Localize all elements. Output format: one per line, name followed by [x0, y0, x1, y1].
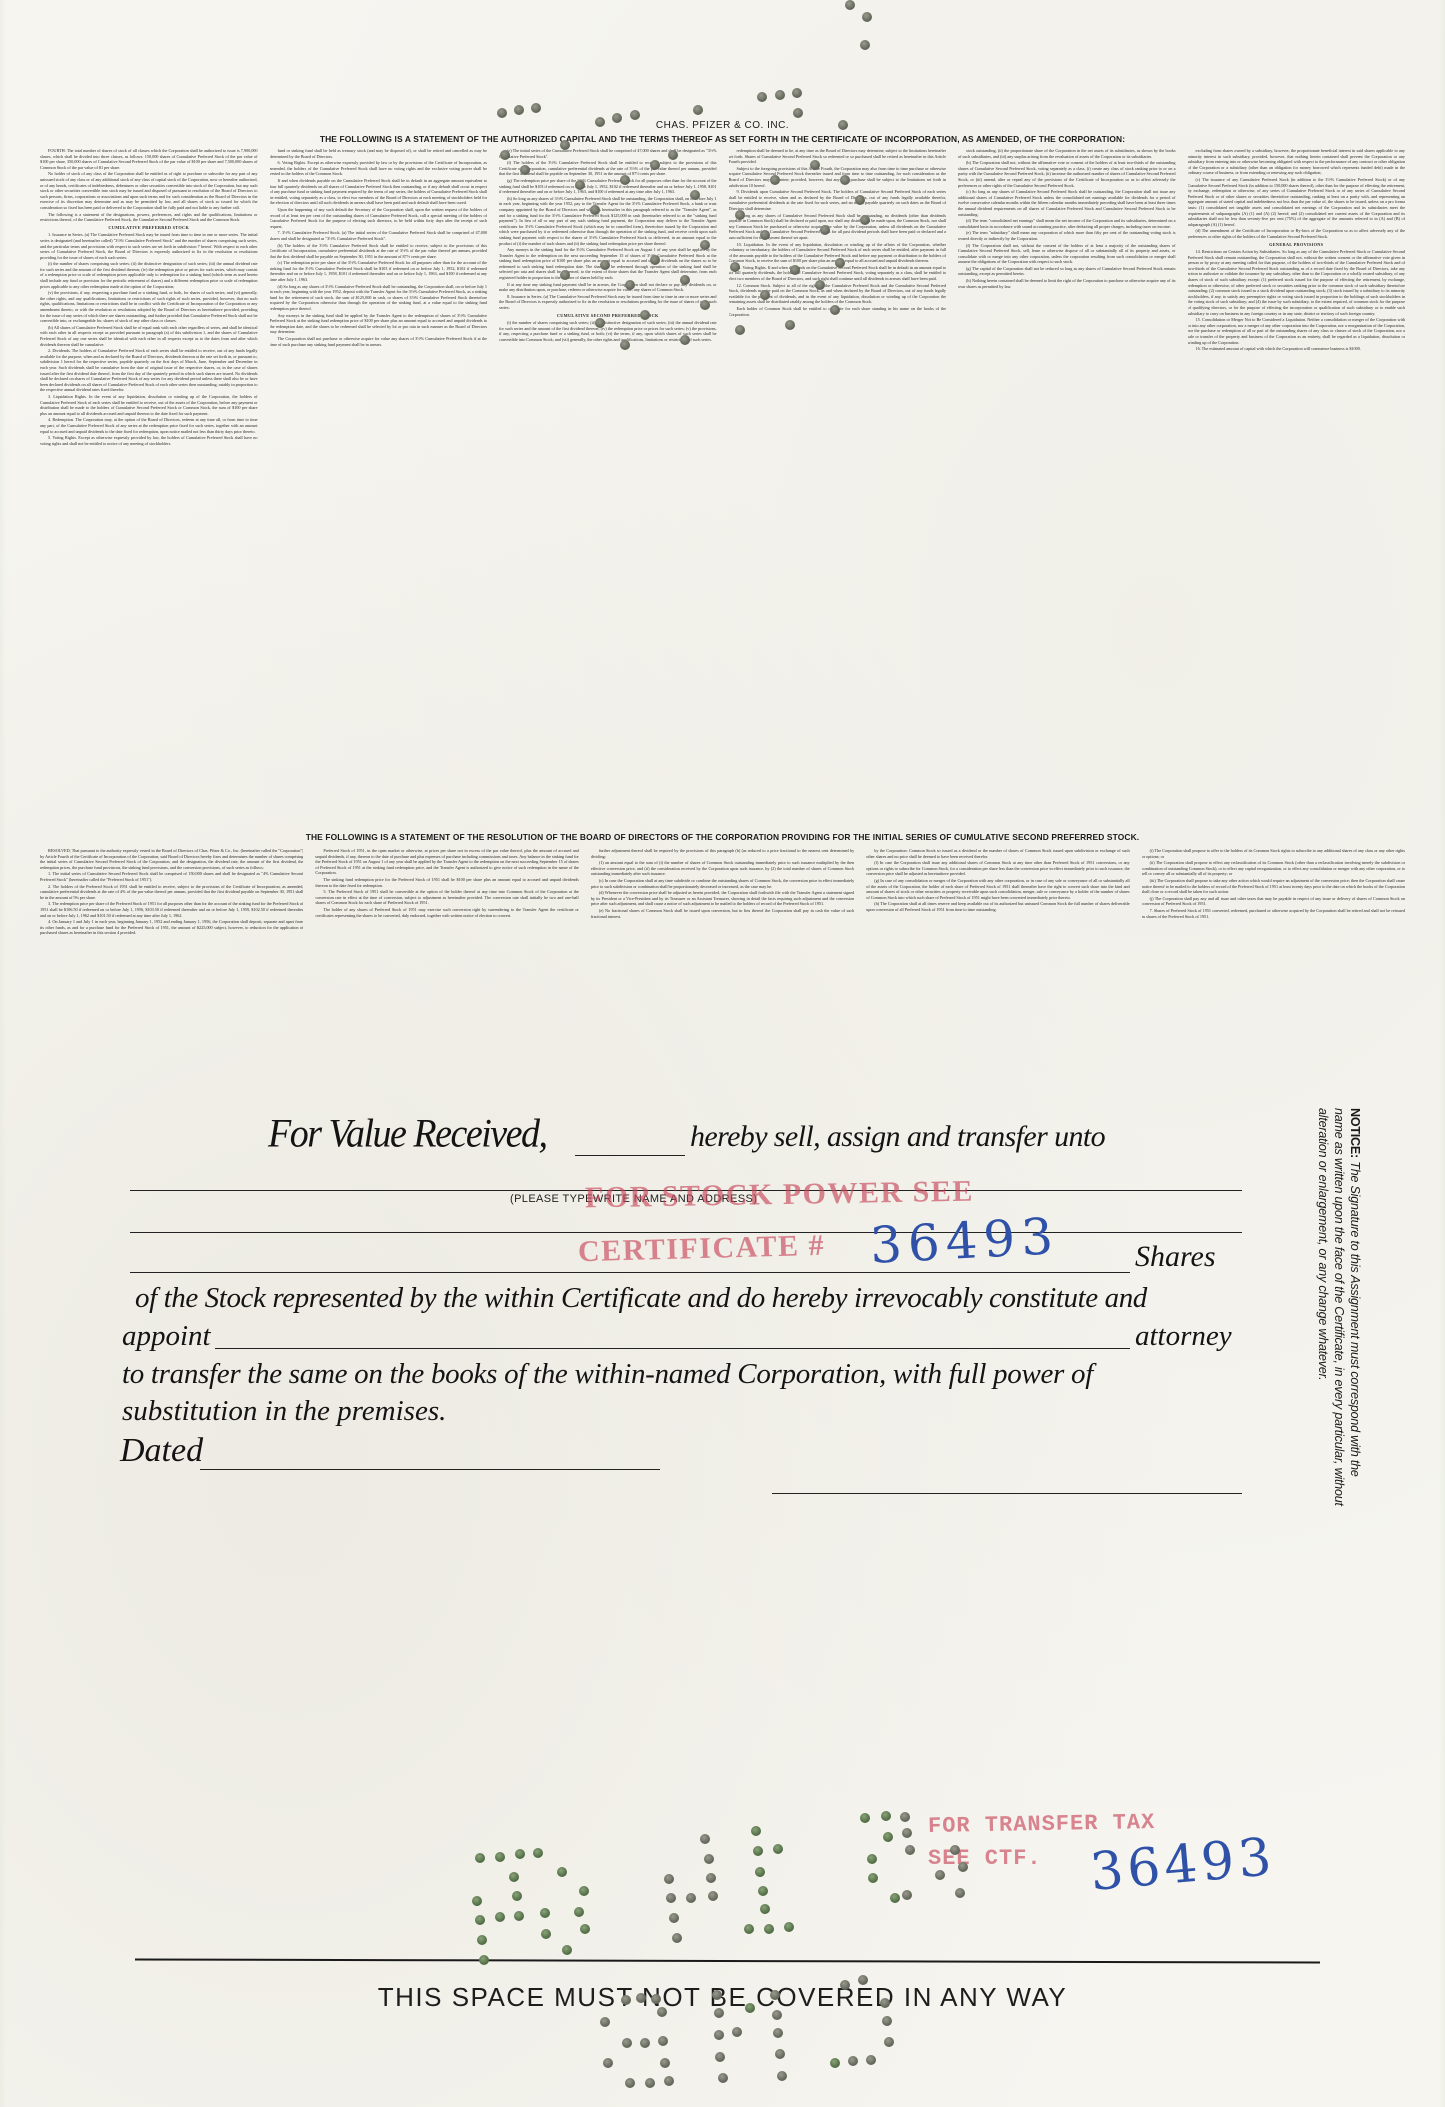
- paragraph: (b) The Corporation shall not, without t…: [958, 160, 1176, 188]
- paragraph: (b) The holders of the 3½% Cumulative Pr…: [270, 243, 488, 260]
- paragraph: (f) In case the Corporation shall issue …: [866, 860, 1129, 877]
- signature-notice: NOTICE: The Signature to this Assignment…: [1253, 1108, 1363, 1508]
- paragraph: 2. The holders of the Preferred Stock of…: [40, 884, 303, 901]
- capital-column-1: FOURTH: The total number of shares of st…: [40, 148, 258, 823]
- resolution-statement-heading: THE FOLLOWING IS A STATEMENT OF THE RESO…: [40, 832, 1405, 842]
- sub-heading: CUMULATIVE SECOND PREFERRED STOCK: [499, 313, 717, 319]
- paragraph: 9. Dividends upon Cumulative Second Pref…: [729, 189, 947, 211]
- paragraph: 16. The estimated amount of capital with…: [1188, 346, 1406, 352]
- paragraph: 3. The redemption price per share of the…: [40, 901, 303, 918]
- hereby-sell-label: hereby sell, assign and transfer unto: [690, 1120, 1105, 1154]
- paragraph: 1. The initial series of Cumulative Seco…: [40, 871, 303, 882]
- paragraph: No holder of stock of any class of the C…: [40, 171, 258, 210]
- bottom-rule: [135, 1958, 1320, 1963]
- paragraph: fund or sinking fund shall be held as tr…: [270, 148, 488, 159]
- paragraph: 4. On January 1 and July 1 in each year,…: [40, 919, 303, 936]
- paragraph: (v) the provisions, if any, respecting a…: [40, 290, 258, 324]
- paragraph: The following is a statement of the desi…: [40, 212, 258, 223]
- capital-column-2: fund or sinking fund shall be held as tr…: [270, 148, 488, 823]
- paragraph: 3. Liquidation Rights. In the event of a…: [40, 394, 258, 416]
- dated-label: Dated: [120, 1432, 203, 1470]
- capital-statement-columns: FOURTH: The total number of shares of st…: [40, 148, 1405, 823]
- paragraph: (j) The Corporation shall pay any and al…: [1142, 896, 1405, 907]
- paragraph: RESOLVED, That pursuant to the authority…: [40, 848, 303, 870]
- signature-line[interactable]: [772, 1493, 1242, 1494]
- paragraph: 7. 3½% Cumulative Preferred Stock. (a) T…: [270, 230, 488, 241]
- paragraph: redemption shall be deemed to be, at any…: [729, 148, 947, 165]
- paragraph: by the Corporation: Common Stock so issu…: [866, 848, 1129, 859]
- paragraph: Preferred Stock of 1951, in the open mar…: [315, 848, 578, 876]
- paragraph: Any moneys in the sinking fund shall be …: [270, 313, 488, 335]
- to-transfer-text: to transfer the same on the books of the…: [122, 1358, 1093, 1391]
- shares-label: Shares: [1135, 1240, 1216, 1274]
- capital-column-4: redemption shall be deemed to be, at any…: [729, 148, 947, 823]
- paragraph: The Corporation shall not purchase or ot…: [270, 336, 488, 347]
- resolution-column-4: by the Corporation: Common Stock so issu…: [866, 848, 1129, 1073]
- substitution-text: substitution in the premises.: [122, 1395, 446, 1428]
- paragraph: (iii) The Corporation shall propose to t…: [1142, 878, 1405, 895]
- paragraph: (c) In case the Corporation shall at any…: [591, 878, 854, 889]
- stock-represented-text: of the Stock represented by the within C…: [135, 1282, 1147, 1315]
- paragraph: Subject to the foregoing provisions of t…: [729, 166, 947, 188]
- paragraph: (ii) The Corporation shall propose to ef…: [1142, 860, 1405, 877]
- paragraph: 1. Issuance in Series. (a) The Cumulativ…: [40, 232, 258, 260]
- paragraph: FOURTH: The total number of shares of st…: [40, 148, 258, 170]
- capital-column-3: (e) The initial series of the Cumulative…: [499, 148, 717, 823]
- paragraph: (d) So long as any shares of 3½% Cumulat…: [270, 284, 488, 312]
- handwritten-tax-ctf-number: 36493: [1088, 1827, 1278, 1903]
- paragraph: (c) So long as any shares of Cumulative …: [958, 189, 1176, 217]
- capital-column-5: stock outstanding, (ii) the proportionat…: [958, 148, 1176, 823]
- capital-statement-heading: THE FOLLOWING IS A STATEMENT OF THE AUTH…: [40, 134, 1405, 144]
- paragraph: (c) The issuance of any Cumulative Prefe…: [1188, 177, 1406, 227]
- resolution-column-1: RESOLVED, That pursuant to the authority…: [40, 848, 303, 1073]
- paragraph: (g) The redemption price per share of th…: [499, 178, 717, 195]
- paragraph: 4. Redemption. The Corporation may, at t…: [40, 417, 258, 434]
- paragraph: (h) Nothing herein contained shall be de…: [958, 278, 1176, 289]
- paragraph: (c) The redemption price per share of th…: [270, 260, 488, 282]
- stock-power-stamp: FOR STOCK POWER SEE: [585, 1175, 974, 1216]
- paragraph: 5. Voting Rights. Except as otherwise ex…: [40, 435, 258, 446]
- paragraph: If and when dividends payable on the Cum…: [270, 178, 488, 206]
- handwritten-certificate-number: 36493: [869, 1207, 1061, 1275]
- notice-label: NOTICE:: [1348, 1108, 1362, 1158]
- paragraph: (g) The capital of the Corporation shall…: [958, 266, 1176, 277]
- notice-text: The Signature to this Assignment must co…: [1316, 1108, 1362, 1506]
- resolution-column-2: Preferred Stock of 1951, in the open mar…: [315, 848, 578, 1073]
- paragraph: (i) the number of shares comprising such…: [40, 261, 258, 289]
- capital-column-6: excluding from shares owned by a subsidi…: [1188, 148, 1406, 823]
- paragraph: (d) The amendment of the Certificate of …: [1188, 228, 1406, 239]
- paragraph: excluding from shares owned by a subsidi…: [1188, 148, 1406, 176]
- paragraph: The sinking fund redemption price for th…: [315, 877, 578, 888]
- transfer-tax-stamp: FOR TRANSFER TAX: [928, 1810, 1156, 1839]
- for-value-received-label: For Value Received,: [268, 1111, 547, 1157]
- paragraph: 15. Consolidation or Merger Not to Be Co…: [1188, 317, 1406, 345]
- sub-heading: CUMULATIVE PREFERRED STOCK: [40, 225, 258, 231]
- cover-warning-text: THIS SPACE MUST NOT BE COVERED IN ANY WA…: [0, 1982, 1445, 2013]
- paragraph: 8. Issuance in Series. (a) The Cumulativ…: [499, 294, 717, 311]
- paragraph: 7. Shares of Preferred Stock of 1951 con…: [1142, 908, 1405, 919]
- paragraph: (i) The Corporation shall propose to off…: [1142, 848, 1405, 859]
- paragraph: 6. Voting Rights. Except as otherwise ex…: [270, 160, 488, 177]
- paragraph: (g) In case of any consolidation or merg…: [866, 878, 1129, 900]
- paragraph: 2. Dividends. The holders of Cumulative …: [40, 348, 258, 393]
- date-line[interactable]: [200, 1469, 660, 1470]
- company-name: CHAS. PFIZER & CO. INC.: [0, 120, 1445, 131]
- see-ctf-stamp: SEE CTF.: [928, 1846, 1042, 1871]
- paragraph: (1) an amount equal to the sum of (i) th…: [591, 860, 854, 877]
- paragraph: further adjustment thereof shall be requ…: [591, 848, 854, 859]
- paragraph: The holder of any shares of Preferred St…: [315, 907, 578, 918]
- paragraph: (b) All shares of Cumulative Preferred S…: [40, 325, 258, 347]
- attorney-label: attorney: [1135, 1320, 1232, 1353]
- paragraph: (e) The initial series of the Cumulative…: [499, 148, 717, 159]
- paragraph: (e) No fractional shares of Common Stock…: [591, 908, 854, 919]
- paragraph: (e) The term "subsidiary" shall mean any…: [958, 230, 1176, 241]
- attorney-name-line[interactable]: [215, 1348, 1130, 1349]
- paragraph: 5. The Preferred Stock of 1951 shall be …: [315, 889, 578, 906]
- resolution-columns: RESOLVED, That pursuant to the authority…: [40, 848, 1405, 1073]
- appoint-label: appoint: [122, 1320, 211, 1353]
- resolution-column-3: further adjustment thereof shall be requ…: [591, 848, 854, 1073]
- paragraph: Upon the happening of any such default t…: [270, 207, 488, 229]
- certificate-stamp: CERTIFICATE #: [578, 1229, 826, 1269]
- paragraph: (d) Whenever the conversion price shall …: [591, 890, 854, 907]
- paragraph: (d) The term "consolidated net earnings"…: [958, 218, 1176, 229]
- paragraph: (h) The Corporation shall at all times r…: [866, 901, 1129, 912]
- paragraph: 14. Restrictions on Certain Action by Su…: [1188, 249, 1406, 316]
- sub-heading: GENERAL PROVISIONS: [1188, 242, 1406, 248]
- paragraph: (f) The holders of the 3½% Cumulative Pr…: [499, 160, 717, 177]
- paragraph: (h) So long as any shares of 3½% Cumulat…: [499, 196, 717, 246]
- resolution-column-5: (i) The Corporation shall propose to off…: [1142, 848, 1405, 1073]
- assignor-blank-line[interactable]: [575, 1155, 685, 1156]
- paragraph: (f) The Corporation shall not, without t…: [958, 243, 1176, 265]
- shares-count-line[interactable]: [130, 1272, 1130, 1273]
- paragraph: stock outstanding, (ii) the proportionat…: [958, 148, 1176, 159]
